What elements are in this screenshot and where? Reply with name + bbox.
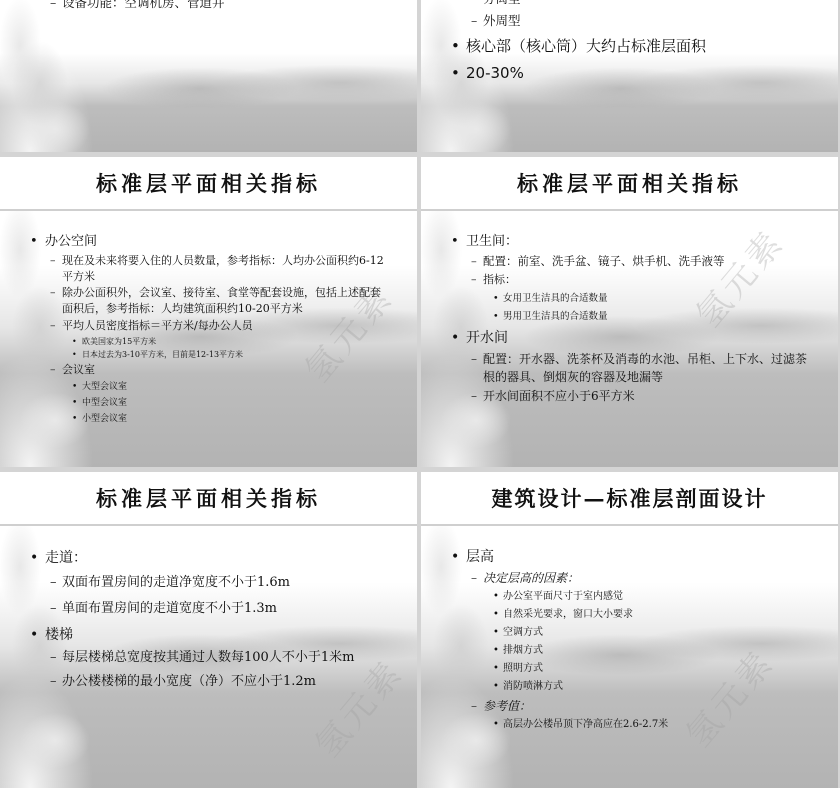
bullet-l2: 现在及未来将要入住的人员数量，参考指标：人均办公面积约6-12平方米 [0, 253, 387, 285]
bullet-l2: 决定层高的因素： [421, 568, 810, 588]
bullet-l3: 排烟方式 [421, 642, 810, 660]
bullet-l2: 每层楼梯总宽度按其通过人数每100人不小于1米m [0, 648, 389, 668]
slide-body: 卫生间： 配置：前室、洗手盆、镜子、烘手机、洗手液等 指标： 女用卫生洁具的合适… [421, 231, 838, 406]
bullet-l3: 办公室平面尺寸于室内感觉 [421, 588, 810, 606]
bullet-l1: 层高 [421, 546, 810, 568]
slide-title-bar: 标准层平面相关指标 [0, 472, 417, 526]
bullet-l3: 日本过去为3-10平方米，目前是12-13平方米 [0, 348, 387, 361]
slide-body: 设备功能：空调机房、管道井 [0, 0, 417, 12]
bullet-l2: 分离型 [421, 0, 838, 10]
bullet-l1: 楼梯 [0, 622, 389, 648]
bullet-l2: 平均人员密度指标＝平方米/每办公人员 [0, 317, 387, 335]
bullet-l2: 单面布置房间的走道宽度不小于1.3m [0, 596, 389, 622]
slide-bottom-right: 氢元素 建筑设计—标准层剖面设计 层高 决定层高的因素： 办公室平面尺寸于室内感… [421, 472, 838, 788]
bullet-l2: 办公楼楼梯的最小宽度（净）不应小于1.2m [0, 668, 389, 696]
slide-title: 建筑设计—标准层剖面设计 [492, 483, 768, 513]
bullet-l3: 中型会议室 [0, 395, 387, 411]
bullet-l2: 配置：前室、洗手盆、镜子、烘手机、洗手液等 [421, 253, 808, 270]
slide-top-left: 设备功能：空调机房、管道井 [0, 0, 417, 152]
slide-body: 分离型 外周型 核心部（核心筒）大约占标准层面积 20-30% [421, 0, 838, 86]
bullet-l2: 指标： [421, 270, 808, 290]
bullet-l2: 除办公面积外，会议室、接待室、食堂等配套设施，包括上述配套面积后，参考指标：人均… [0, 285, 387, 317]
slide-bottom-left: 氢元素 标准层平面相关指标 走道： 双面布置房间的走道净宽度不小于1.6m 单面… [0, 472, 417, 788]
dragon-ornament [0, 0, 120, 152]
bullet-l1-continuation: 20-30% [421, 60, 838, 86]
bullet-l2: 设备功能：空调机房、管道井 [0, 0, 417, 12]
slide-grid: 设备功能：空调机房、管道井 分离型 外周型 核心部（核心筒）大约占标准层面积 2… [0, 0, 840, 788]
bullet-l1: 开水间 [421, 326, 808, 350]
slide-middle-right: 氢元素 标准层平面相关指标 卫生间： 配置：前室、洗手盆、镜子、烘手机、洗手液等… [421, 157, 838, 467]
slide-body: 办公空间 现在及未来将要入住的人员数量，参考指标：人均办公面积约6-12平方米 … [0, 231, 417, 427]
bullet-l2: 双面布置房间的走道净宽度不小于1.6m [0, 570, 389, 596]
bullet-l3: 空调方式 [421, 624, 810, 642]
slide-middle-left: 氢元素 标准层平面相关指标 办公空间 现在及未来将要入住的人员数量，参考指标：人… [0, 157, 417, 467]
bullet-l3: 男用卫生洁具的合适数量 [421, 308, 808, 326]
bullet-l3: 欧美国家为15平方米 [0, 335, 387, 348]
bullet-l1: 核心部（核心筒）大约占标准层面积 [421, 32, 838, 60]
bullet-l1: 办公空间 [0, 231, 387, 253]
bullet-l3: 自然采光要求，窗口大小要求 [421, 606, 810, 624]
bullet-l2: 外周型 [421, 10, 838, 32]
slide-title: 标准层平面相关指标 [517, 168, 742, 198]
bullet-l3: 照明方式 [421, 660, 810, 678]
slide-title: 标准层平面相关指标 [96, 168, 321, 198]
bullet-l2: 会议室 [0, 361, 387, 379]
bullet-l3: 小型会议室 [0, 411, 387, 427]
bullet-l3: 消防喷淋方式 [421, 678, 810, 696]
slide-title-bar: 标准层平面相关指标 [0, 157, 417, 211]
bullet-l1: 走道： [0, 546, 389, 570]
bullet-l2: 开水间面积不应小于6平方米 [421, 386, 808, 406]
bullet-l3: 女用卫生洁具的合适数量 [421, 290, 808, 308]
bullet-l2: 配置：开水器、洗茶杯及消毒的水池、吊柜、上下水、过滤茶根的器具、倒烟灰的容器及地… [421, 350, 808, 386]
bullet-l3: 高层办公楼吊顶下净高应在2.6-2.7米 [421, 716, 810, 734]
bullet-l3: 大型会议室 [0, 379, 387, 395]
slide-body: 走道： 双面布置房间的走道净宽度不小于1.6m 单面布置房间的走道宽度不小于1.… [0, 546, 417, 696]
slide-body: 层高 决定层高的因素： 办公室平面尺寸于室内感觉 自然采光要求，窗口大小要求 空… [421, 546, 838, 734]
bullet-l2: 参考值： [421, 696, 810, 716]
slide-title: 标准层平面相关指标 [96, 483, 321, 513]
slide-title-bar: 标准层平面相关指标 [421, 157, 838, 211]
slide-top-right: 分离型 外周型 核心部（核心筒）大约占标准层面积 20-30% [421, 0, 838, 152]
slide-title-bar: 建筑设计—标准层剖面设计 [421, 472, 838, 526]
percentage-text: 20-30% [466, 64, 524, 82]
bullet-l1: 卫生间： [421, 231, 808, 253]
